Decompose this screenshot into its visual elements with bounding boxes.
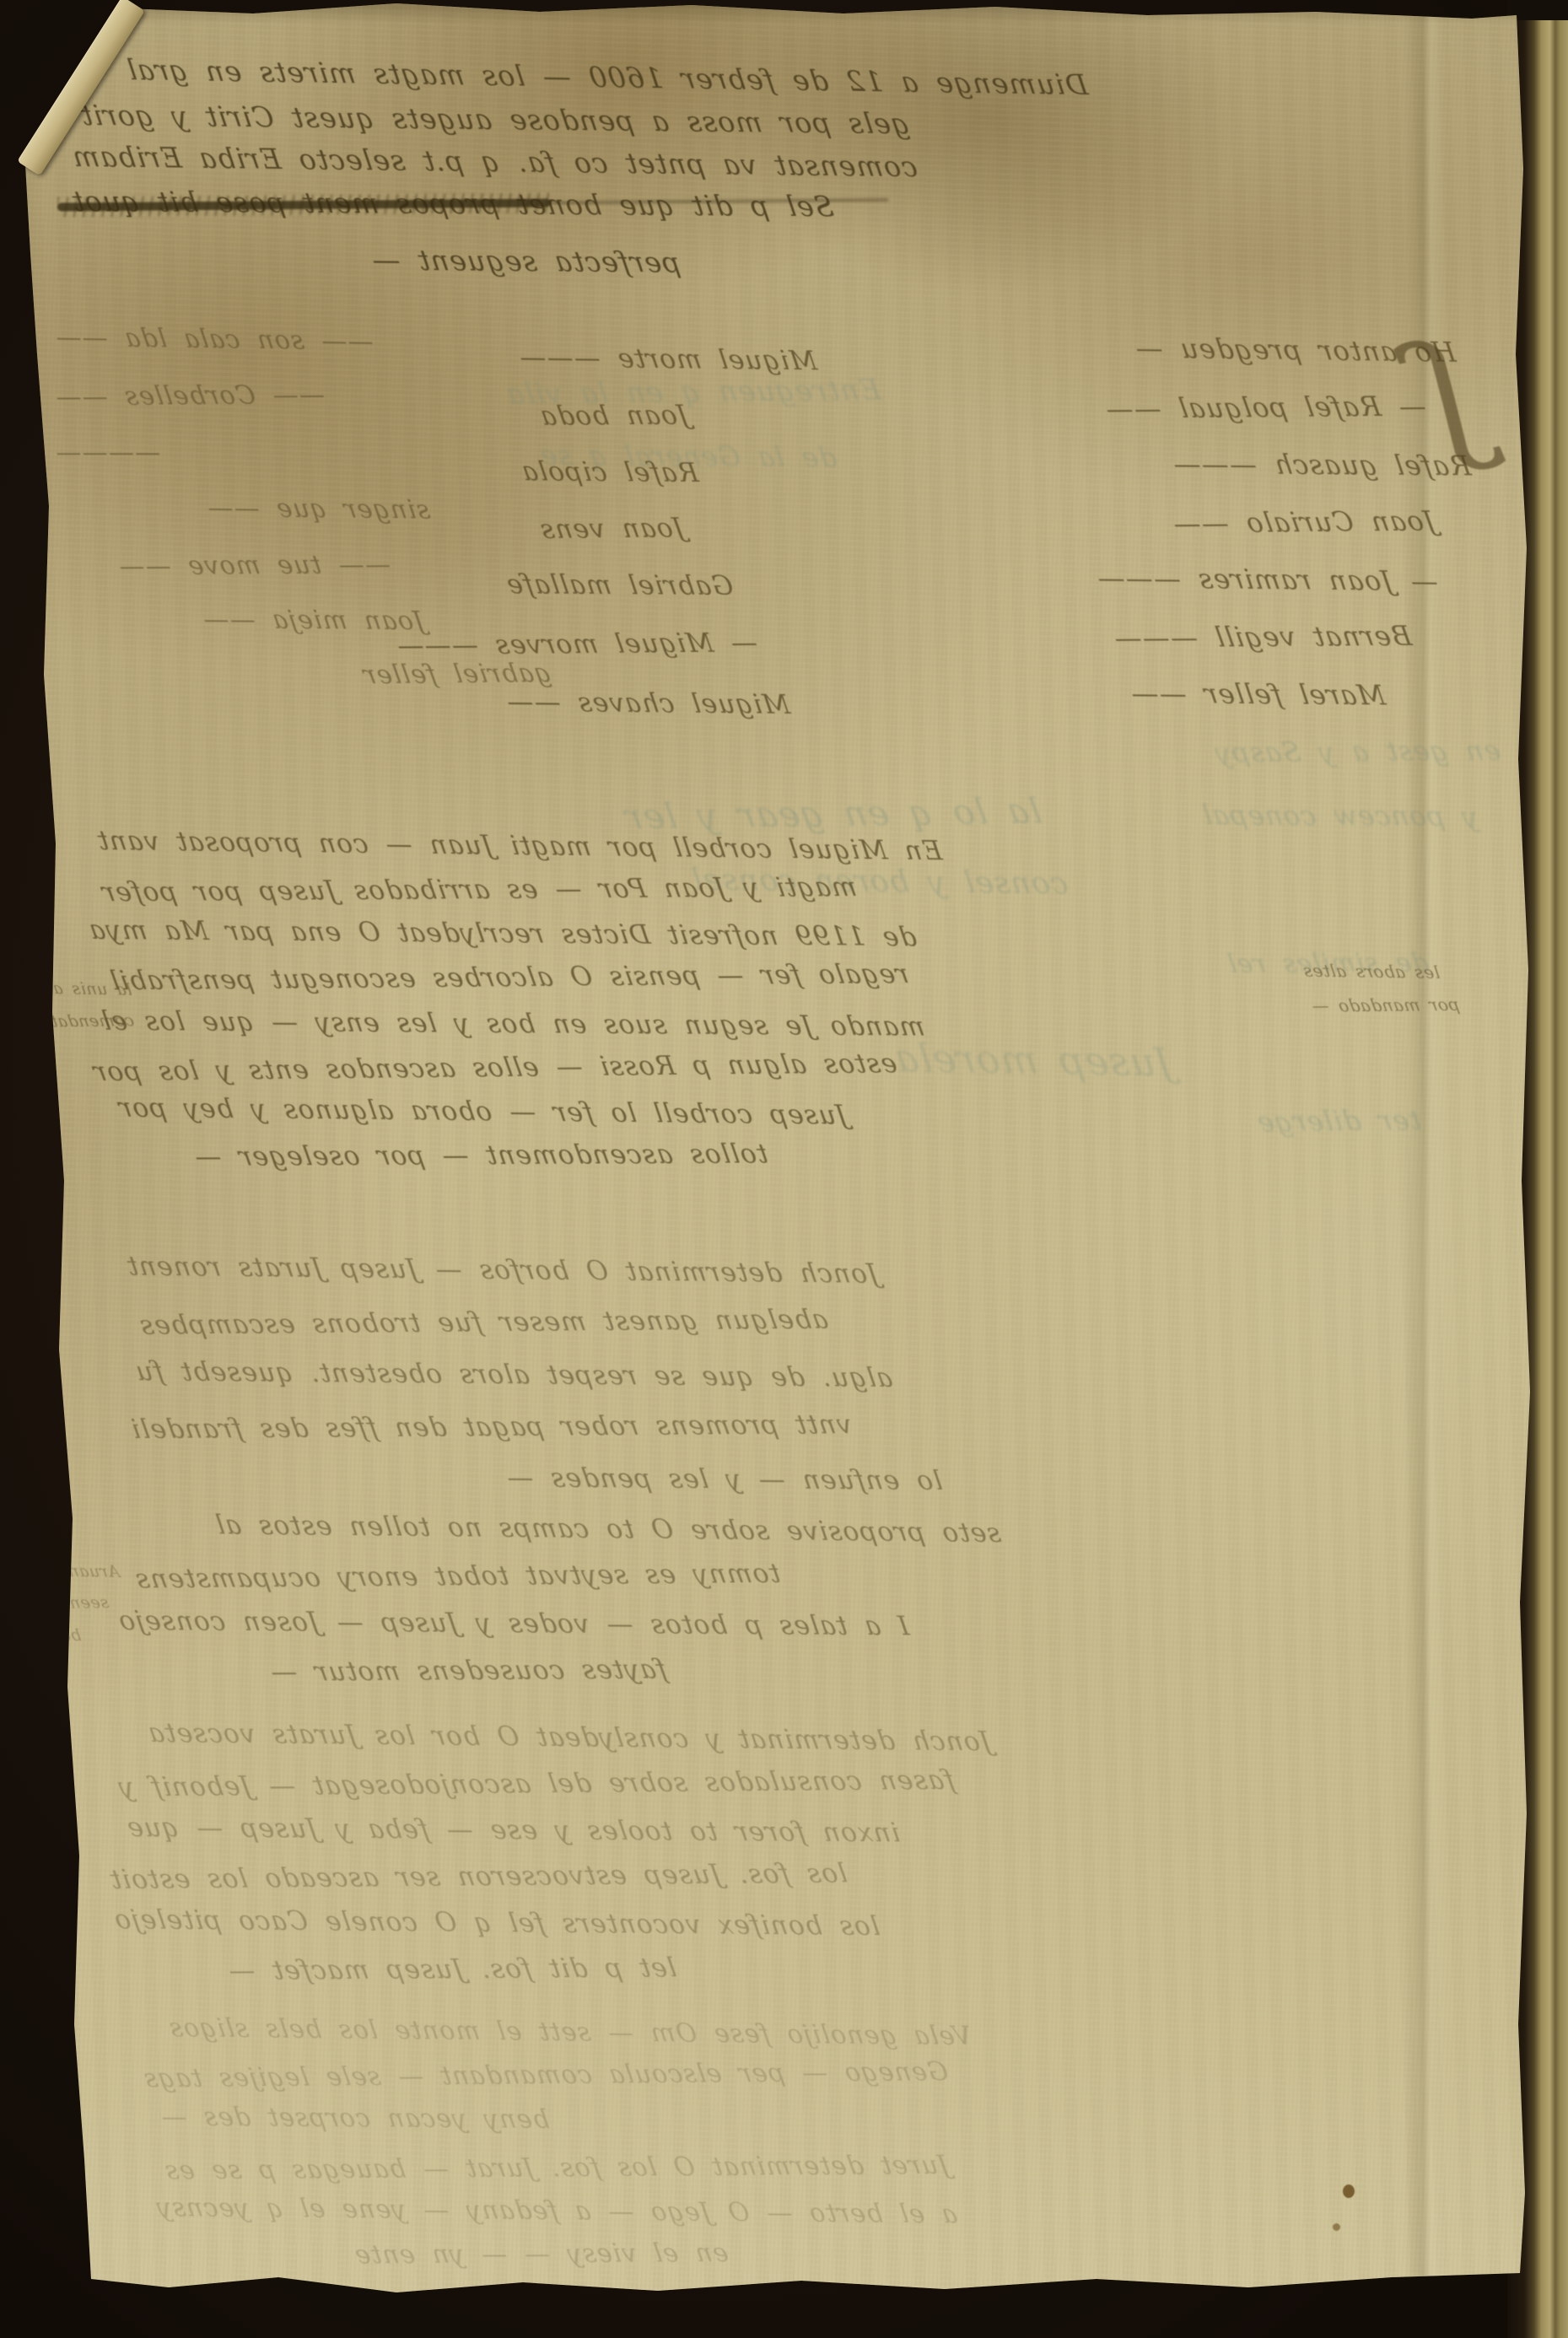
ink-blot	[1343, 2184, 1355, 2198]
strikethrough-mark	[57, 198, 551, 211]
name-entry: gabriel feller	[360, 659, 553, 690]
name-entry: Miguel morte ———	[516, 342, 819, 376]
margin-note-right: por mandado —	[1310, 994, 1461, 1016]
paragraph-line: I a tales p botos — vodes y Jusep — Jose…	[116, 1606, 911, 1642]
paragraph-line: a el berto — O Jego — a fedany — yene el…	[154, 2193, 959, 2229]
paragraph-line: estos algun p Rossi — ellos ascendos ent…	[90, 1048, 899, 1087]
ghost-line: la lo q en gear y ler	[621, 790, 1045, 838]
ghost-line: ter dilerge	[1254, 1104, 1424, 1138]
ghost-line: en gest a y Saspy	[1212, 735, 1503, 769]
paragraph-line: abelgun ganest meser fue trobons escampb…	[137, 1304, 830, 1340]
heading-line: comensat va pntet co fa. q p.t selecto E…	[69, 140, 919, 183]
name-entry: —— son cala lda ——	[52, 322, 374, 356]
name-entry: Gabriel mallafe	[504, 569, 735, 601]
paragraph-line: mando Je segun suos en bos y les ensy — …	[99, 1006, 926, 1042]
paragraph-line: Jonch determinat O borfos — Jusep Jurats…	[124, 1251, 881, 1289]
margin-note-left: bong —	[12, 1626, 82, 1646]
margin-note-left: comendat	[49, 1011, 135, 1031]
name-entry: ————	[52, 438, 162, 467]
ghost-line: y poncew conepal	[1199, 799, 1480, 832]
manuscript-page: Entreguen q en la vila de la General q s…	[0, 0, 1568, 2338]
paragraph-line: los bonifex voconters fel q O conele Cac…	[111, 1904, 881, 1942]
name-entry: Joan boda	[537, 400, 691, 431]
heading-line: gels por moss a pendose augets quest Cir…	[78, 99, 912, 140]
paragraph-line: Jonch determinat y conslydeat O bor los …	[145, 1718, 993, 1758]
name-entry: singer que ——	[204, 493, 432, 525]
paragraph-line: algu. de que se respet alors obestent. q…	[132, 1356, 894, 1393]
ink-blot	[1333, 2223, 1340, 2231]
paragraph-line: regalo fer — pensis O alcorbes esconegut…	[107, 959, 911, 996]
name-entry: Joan Curialo ——	[1170, 504, 1438, 539]
name-entry: —— tue move ——	[116, 550, 393, 581]
margin-note-left: la unis al	[46, 979, 132, 999]
name-entry: Joan vens	[537, 513, 687, 545]
ghost-line: Jusep morela	[891, 1035, 1175, 1085]
name-entry: — Rafel polgual ——	[1102, 390, 1429, 424]
margin-note-left: Aruans cal a	[5, 1561, 121, 1581]
paragraph-line: magti y Joan Por — es arribados Jusep po…	[99, 872, 859, 908]
paragraph-line: vntt promens rober pagat den ffes des fr…	[128, 1409, 854, 1445]
paragraph-line: tomny es seytvat tobat enory ocupamstens	[132, 1559, 783, 1595]
name-entry: — Miguel morves ———	[394, 628, 760, 661]
name-entry: Rafel cipola	[519, 456, 700, 488]
paragraph-line: de 1199 nofresit Dictes recrlydeat O ena…	[86, 915, 919, 953]
paragraph-line: let p dit fos. Jusep macfet —	[225, 1953, 679, 1986]
name-entry: Rafel guasch ———	[1170, 448, 1473, 482]
paragraph-line: tollos ascendoment — por oseleger —	[191, 1139, 770, 1172]
name-entry: —— Corbelles ——	[52, 380, 327, 412]
paragraph-line: los fos. Jusep estvocseron ser asceado l…	[107, 1858, 849, 1895]
name-entry: Marel feller ——	[1128, 677, 1387, 712]
heading-line: Diumenge a 12 de febrer 1600 — los magts…	[124, 53, 1090, 101]
paragraph-line: faytes cousedens motur —	[267, 1654, 669, 1687]
paragraph-line: beny yecan corpset des —	[158, 2102, 551, 2134]
margin-note-right: les abors altes	[1301, 961, 1441, 983]
margin-note-left: seendos lel	[8, 1593, 110, 1613]
paragraph-line: seto proposive sobre O to camps no tolle…	[213, 1510, 1003, 1549]
paragraph-line: Juret determinat O los fos. Jurat — baue…	[162, 2151, 951, 2185]
paragraph-line: fasen consulados sobre del asconjodosega…	[116, 1765, 956, 1803]
manuscript-scan: Entreguen q en la vila de la General q s…	[0, 0, 1568, 2338]
name-entry: Miguel chaves ——	[504, 687, 792, 720]
paragraph-line: inxon forer to tooles y ese — feba y Jus…	[124, 1813, 902, 1848]
heading-line: perfecta seguent —	[369, 243, 682, 278]
paragraph-line: Genego — per elscoula comandant — sele l…	[141, 2057, 951, 2093]
name-entry: Ho antor pregdeu —	[1132, 331, 1458, 368]
name-entry: Bernat vegill ———	[1111, 620, 1414, 654]
folio-mark: 1	[30, 1506, 46, 1527]
paragraph-line: lo enfuen — y les pendes —	[504, 1463, 944, 1496]
paragraph-line: en el viesy — — yn ente	[352, 2238, 730, 2270]
paragraph-line: Vela genolijo fese Om — sett el monte lo…	[166, 2013, 973, 2051]
paragraph-line: Jusep corbell lo fer — obora algunos y b…	[116, 1092, 849, 1130]
name-entry: — Joan ramires ———	[1094, 562, 1440, 597]
name-entry: Joan mieja ——	[200, 605, 426, 636]
